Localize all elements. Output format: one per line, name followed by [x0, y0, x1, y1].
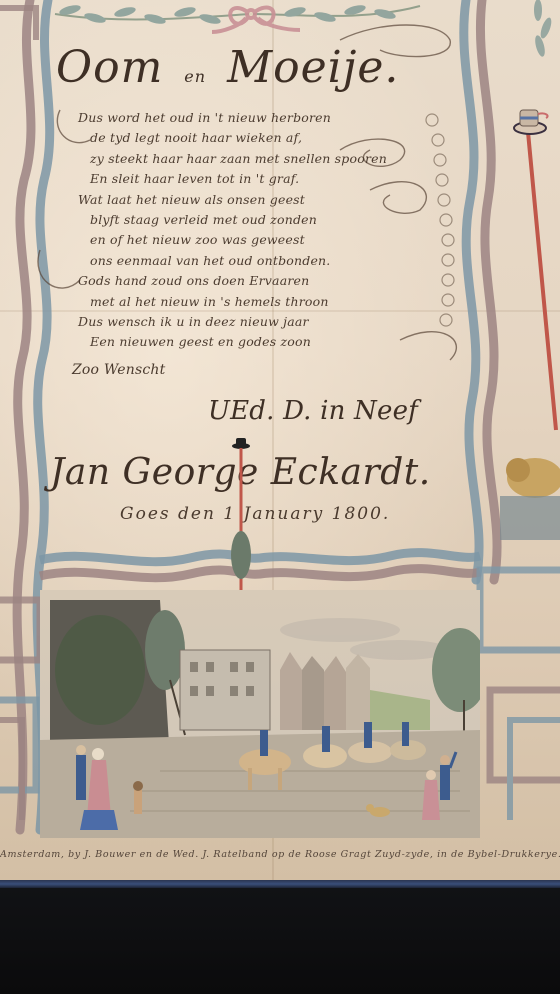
child-figure	[133, 781, 143, 814]
frame-blue-edge	[0, 880, 560, 888]
maypole-hat-icon	[232, 438, 250, 449]
photo-stage: Oom en Moeije. Dus word het oud in 't ni…	[0, 0, 560, 994]
imprint-line: Amsterdam, by J. Bouwer en de Wed. J. Ra…	[0, 849, 560, 860]
maypole-wreath	[231, 531, 251, 579]
frame-dark-border	[0, 888, 560, 994]
left-tree	[55, 615, 145, 725]
scene-svg	[40, 590, 480, 838]
town-square-illustration	[40, 590, 480, 838]
